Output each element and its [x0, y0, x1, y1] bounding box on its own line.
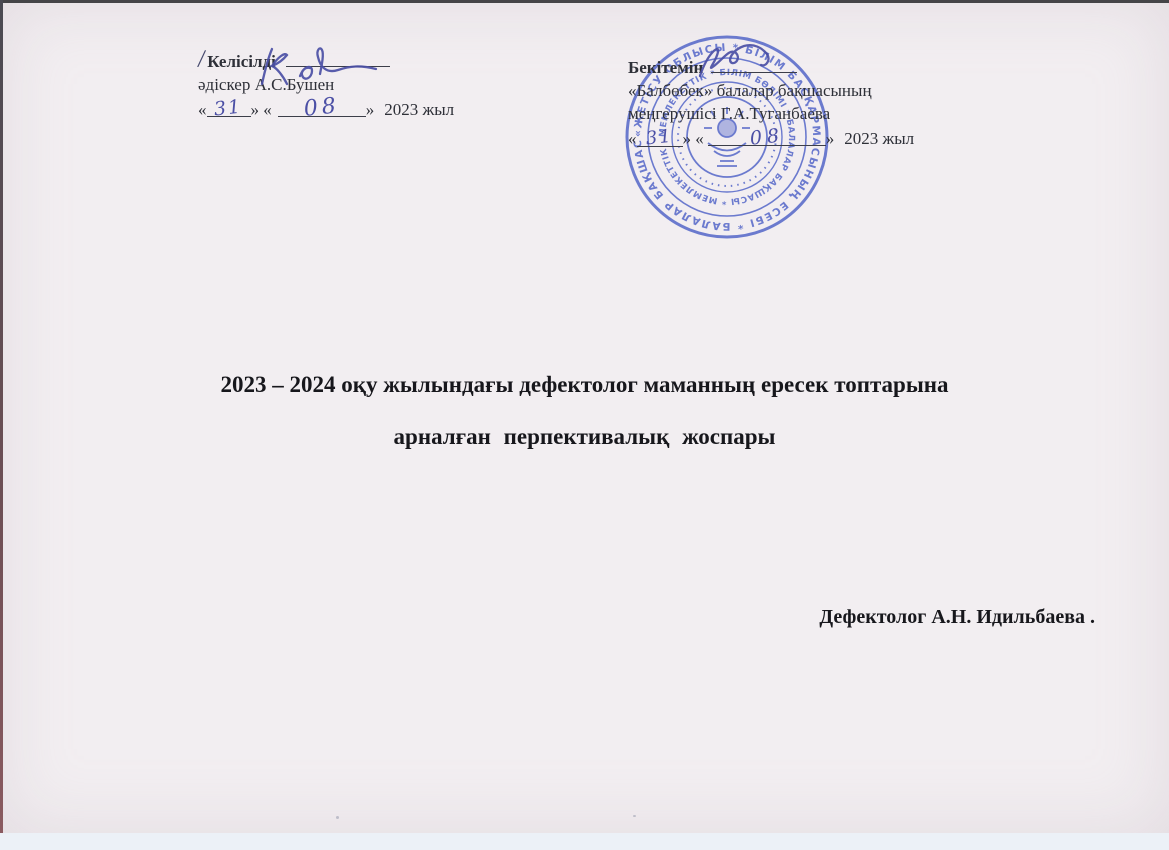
scan-edge-left: [0, 0, 3, 833]
handwritten-day-left: 31: [213, 97, 243, 120]
methodist-name-line: әдіскер А.С.Бушен: [198, 75, 538, 95]
paper-background: [0, 0, 1169, 833]
agreed-label: Келісілді: [207, 52, 276, 72]
approve-label: Бекітемін: [628, 58, 703, 78]
day-blank-left: 31: [207, 99, 251, 117]
handwritten-month-left: 08: [303, 96, 341, 120]
pen-slash-mark: /: [197, 52, 206, 67]
quote-open: «: [695, 129, 704, 148]
scan-speck: [336, 816, 339, 819]
quote-close: »: [251, 100, 260, 119]
day-blank-right: 31: [637, 129, 683, 147]
quote-close: »: [683, 129, 692, 148]
date-line-right: «31» «08»2023 жыл: [628, 128, 988, 149]
head-name-line: меңгерушісі Г.А.Туганбаева: [628, 104, 988, 124]
quote-open: «: [263, 100, 272, 119]
scan-edge-top: [0, 0, 1169, 3]
quote-open: «: [628, 129, 637, 148]
year-text-left: 2023 жыл: [384, 100, 454, 119]
document-title-line2: арналған перпективалық жоспары: [0, 424, 1169, 450]
approval-block-right: Бекітемін «Балбөбек» балалар бақшасының …: [628, 58, 988, 149]
handwritten-day-right: 31: [645, 127, 674, 150]
scanner-bed-strip: [0, 833, 1169, 850]
handwritten-month-right: 08: [749, 125, 785, 148]
signature-line-right: [711, 58, 797, 73]
quote-open: «: [198, 100, 207, 119]
month-blank-right: 08: [708, 128, 826, 146]
quote-close: »: [366, 100, 375, 119]
scan-speck: [633, 815, 636, 817]
year-text-right: 2023 жыл: [844, 129, 914, 148]
quote-close: »: [826, 129, 835, 148]
kindergarten-name-line: «Балбөбек» балалар бақшасының: [628, 81, 988, 101]
approval-block-left: / Келісілді әдіскер А.С.Бушен «31» «08»2…: [198, 52, 538, 120]
month-blank-left: 08: [278, 99, 366, 117]
scanned-document-page: «ЖЕТІСУ ОБЛЫСЫ * БІЛІМ БАСҚАРМАСЫНЫҢ ЕСЕ…: [0, 0, 1169, 850]
signature-line-left: [286, 52, 390, 67]
document-title-line1: 2023 – 2024 оқу жылындағы дефектолог мам…: [0, 372, 1169, 398]
date-line-left: «31» «08»2023 жыл: [198, 99, 538, 120]
author-line: Дефектолог А.Н. Идильбаева .: [0, 606, 1095, 629]
